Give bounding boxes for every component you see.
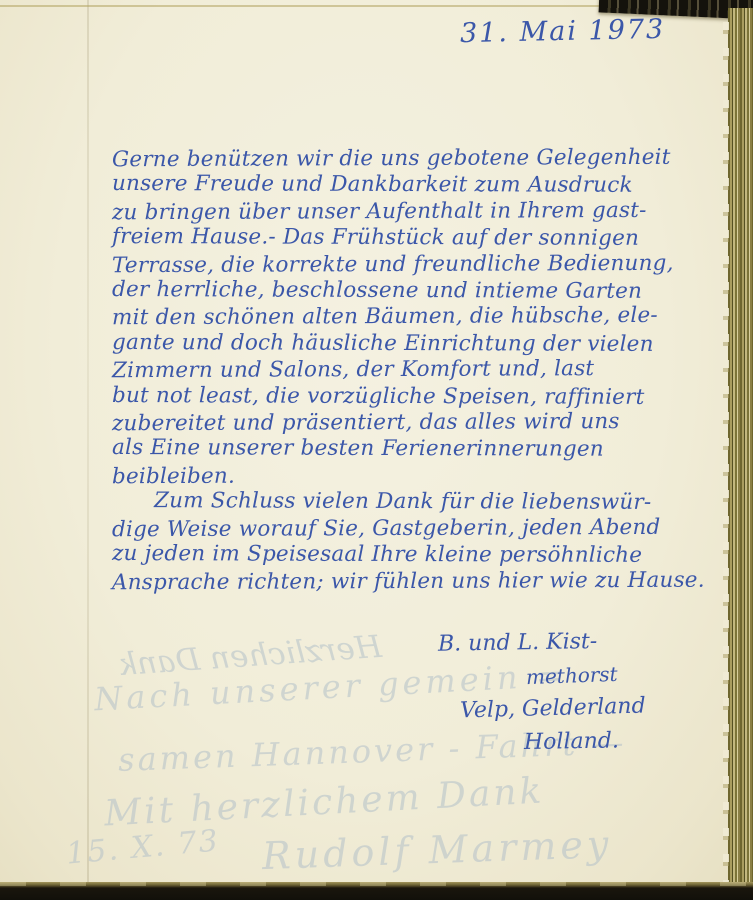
- letter-line: mit den schönen alten Bäumen, die hübsch…: [112, 303, 682, 332]
- signature-block: B. und L. Kist- methorst Velp, Gelderlan…: [438, 626, 646, 758]
- letter-line: freiem Hause.- Das Frühstück auf der son…: [112, 224, 682, 252]
- letter-line: Ansprache richten; wir fühlen uns hier w…: [112, 567, 682, 596]
- letter-line: Gerne benützen wir die uns gebotene Gele…: [112, 145, 682, 174]
- letter-body: Gerne benützen wir die uns gebotene Gele…: [112, 146, 682, 595]
- letter-line: zubereitet und präsentiert, das alles wi…: [112, 409, 682, 438]
- letter-line: zu bringen über unser Aufenthalt in Ihre…: [112, 198, 682, 227]
- page-gutter-crease: [87, 0, 89, 900]
- page-top-edge: [0, 5, 648, 7]
- ghost-text-line: Mit herzlichem Dank: [103, 770, 545, 834]
- book-cover-edge-bottom: [0, 882, 753, 900]
- signature-line: Velp, Gelderland: [460, 690, 646, 728]
- letter-line: gante und doch häusliche Einrichtung der…: [112, 330, 682, 358]
- signature-line: methorst: [525, 657, 646, 694]
- handwritten-date: 31. Mai 1973: [460, 14, 666, 49]
- letter-line: dige Weise worauf Sie, Gastgeberin, jede…: [112, 514, 682, 543]
- letter-line: Zum Schluss vielen Dank für die liebensw…: [112, 488, 682, 516]
- letter-line: but not least, die vorzügliche Speisen, …: [112, 383, 682, 411]
- letter-line: Zimmern und Salons, der Komfort und, las…: [112, 356, 682, 385]
- letter-line: Terrasse, die korrekte und freundliche B…: [112, 250, 682, 279]
- letter-line: beibleiben.: [112, 462, 682, 491]
- letter-line: unsere Freude und Dankbarkeit zum Ausdru…: [112, 171, 682, 199]
- letter-line: zu jeden im Speisesaal Ihre kleine persö…: [112, 541, 682, 569]
- letter-line: der herrliche, beschlossene und intieme …: [112, 277, 682, 305]
- scanned-guestbook-page: Herzlichen Dank Nach unserer gemein = sa…: [0, 0, 753, 900]
- ghost-text-line: Rudolf Marmey: [261, 822, 613, 878]
- signature-line: B. und L. Kist-: [438, 624, 646, 661]
- letter-line: als Eine unserer besten Ferienerinnerung…: [112, 435, 682, 463]
- signature-line: Holland.: [524, 724, 646, 759]
- page-deckle-edge-right: [728, 8, 753, 900]
